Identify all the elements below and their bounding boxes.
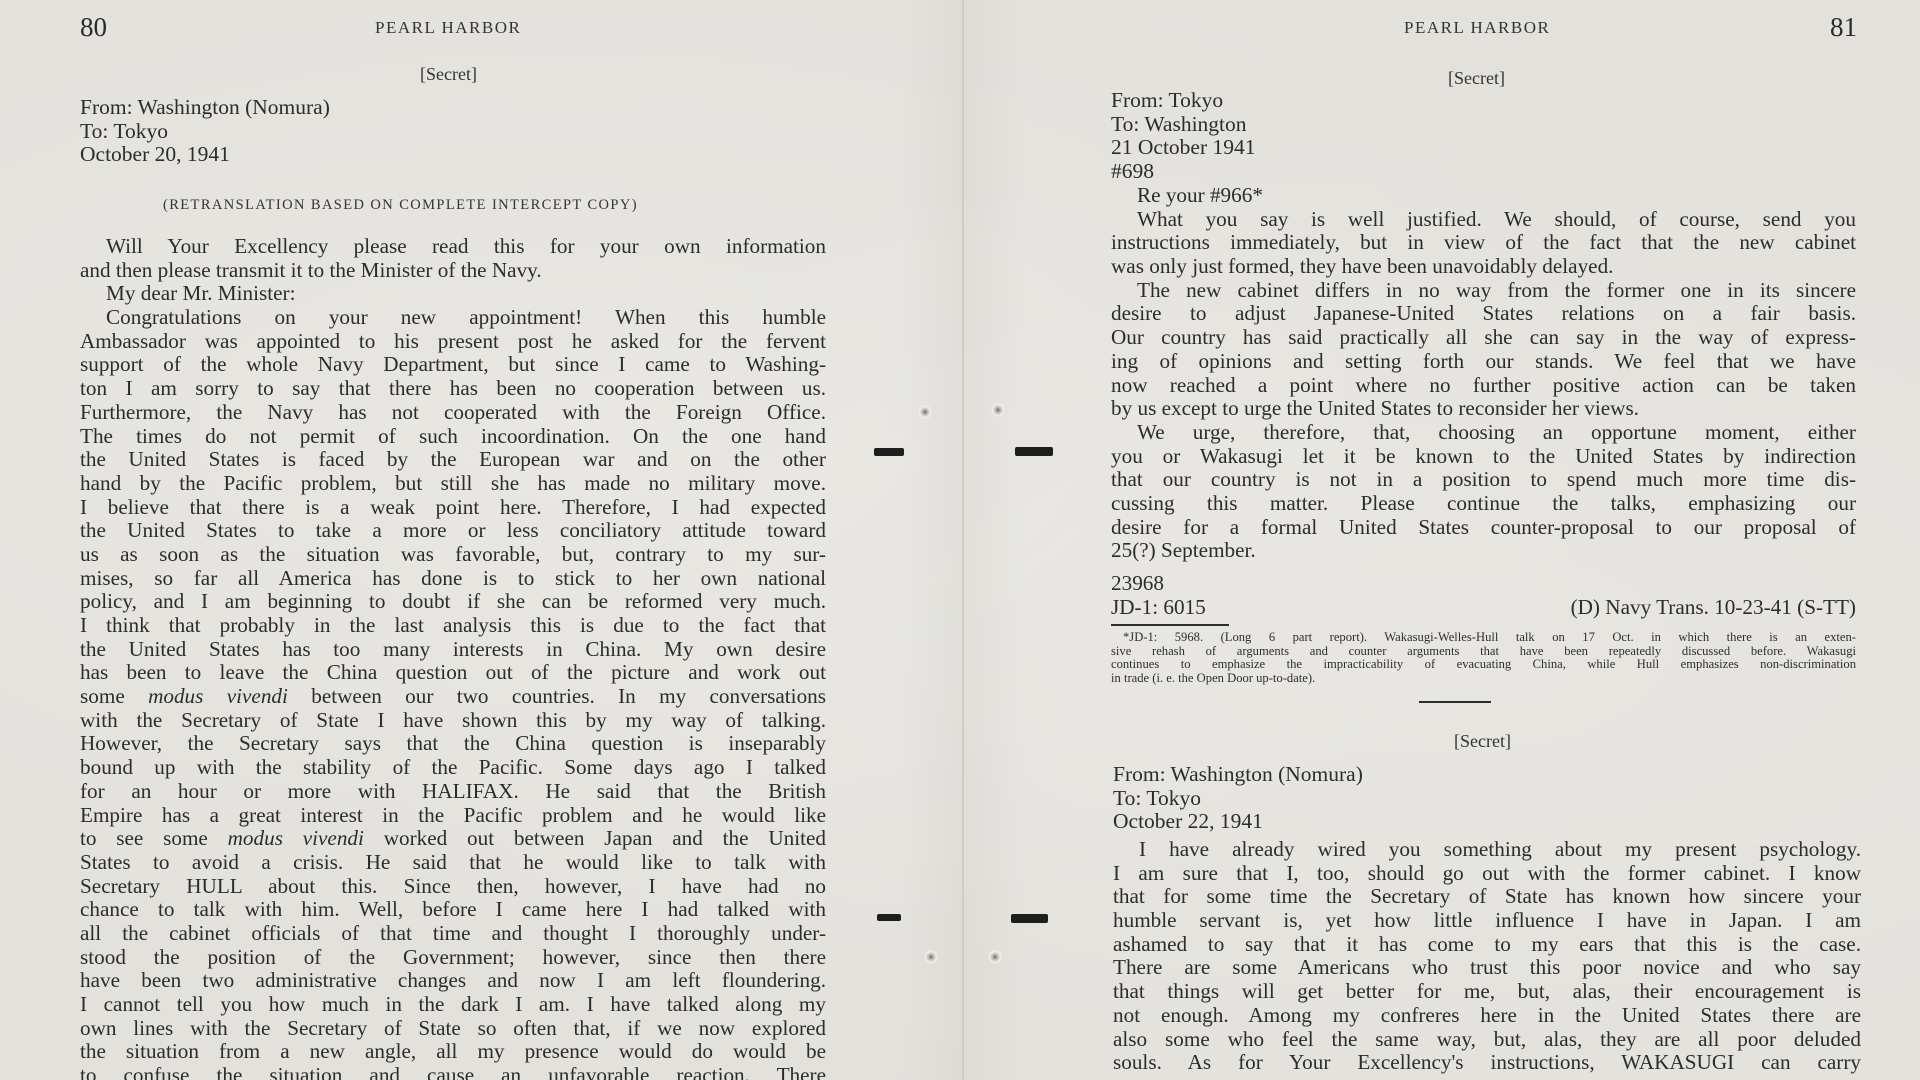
text-line: I cannot tell you how much in the dark I… — [80, 993, 826, 1017]
footnote-line: in trade (i. e. the Open Door up-to-date… — [1111, 672, 1856, 686]
text-line: States to avoid a crisis. He said that h… — [80, 851, 826, 875]
text-line: hand by the Pacific problem, but still s… — [80, 472, 826, 496]
text-line: 25(?) September. — [1111, 539, 1856, 563]
to-line: To: Tokyo — [80, 120, 580, 144]
date-line: October 20, 1941 — [80, 143, 580, 167]
classification-label: [Secret] — [1454, 731, 1511, 752]
message-body: I have already wired you something about… — [1113, 838, 1861, 1075]
footnote-line: continues to emphasize the impracticabil… — [1111, 658, 1856, 672]
text-line: The new cabinet differs in no way from t… — [1111, 279, 1856, 303]
text-line: have been two administrative changes and… — [80, 969, 826, 993]
page-number: 80 — [80, 12, 107, 43]
text-line: I have already wired you something about… — [1113, 838, 1861, 862]
text-line: support of the whole Navy Department, bu… — [80, 353, 826, 377]
text-line: and then please transmit it to the Minis… — [80, 259, 826, 283]
text-line: instructions immediately, but in view of… — [1111, 231, 1856, 255]
message-body: Re your #966*What you say is well justif… — [1111, 184, 1856, 563]
text-line: Will Your Excellency please read this fo… — [80, 235, 826, 259]
footnote-line: *JD-1: 5968. (Long 6 part report). Wakas… — [1111, 631, 1856, 645]
text-line: I believe that there is a weak point her… — [80, 496, 826, 520]
retranslation-note: (RETRANSLATION BASED ON COMPLETE INTERCE… — [163, 197, 638, 214]
text-line: ing of opinions and setting forth our st… — [1111, 350, 1856, 374]
text-line: Furthermore, the Navy has not cooperated… — [80, 401, 826, 425]
text-line: bound up with the stability of the Pacif… — [80, 756, 826, 780]
date-line: October 22, 1941 — [1113, 810, 1613, 834]
serial-number: 23968 — [1111, 572, 1164, 596]
from-line: From: Washington (Nomura) — [1113, 763, 1613, 787]
text-line: chance to talk with him. Well, before I … — [80, 898, 826, 922]
text-line: that for some time the Secretary of Stat… — [1113, 885, 1861, 909]
text-line: all the cabinet officials of that time a… — [80, 922, 826, 946]
text-line: Re your #966* — [1111, 184, 1856, 208]
text-line: Empire has a great interest in the Pacif… — [80, 804, 826, 828]
message-body: Will Your Excellency please read this fo… — [80, 235, 826, 1080]
text-line: I think that probably in the last analys… — [80, 614, 826, 638]
text-line: ashamed to say that it has come to my ea… — [1113, 933, 1861, 957]
text-line: We urge, therefore, that, choosing an op… — [1111, 421, 1856, 445]
left-page: 80 PEARL HARBOR [Secret] From: Washingto… — [0, 0, 962, 1080]
text-line: Our country has said practically all she… — [1111, 326, 1856, 350]
text-line: Secretary HULL about this. Since then, h… — [80, 875, 826, 899]
text-line: stood the position of the Government; ho… — [80, 946, 826, 970]
text-line: also some who feel the same way, but, al… — [1113, 1028, 1861, 1052]
message-header: From: Washington (Nomura) To: Tokyo Octo… — [1113, 763, 1613, 834]
text-line: that our country is not in a position to… — [1111, 468, 1856, 492]
footnote-line: sive rehash of arguments and counter arg… — [1111, 645, 1856, 659]
text-line: now reached a point where no further pos… — [1111, 374, 1856, 398]
text-line: I am sure that I, too, should go out wit… — [1113, 862, 1861, 886]
text-line: What you say is well justified. We shoul… — [1111, 208, 1856, 232]
message-number: #698 — [1111, 160, 1611, 184]
translation-reference: (D) Navy Trans. 10-23-41 (S-TT) — [1571, 596, 1856, 620]
message-header: From: Tokyo To: Washington 21 October 19… — [1111, 89, 1611, 184]
text-line: the United States is faced by the Europe… — [80, 448, 826, 472]
text-line: Ambassador was appointed to his present … — [80, 330, 826, 354]
text-line: for an hour or more with HALIFAX. He sai… — [80, 780, 826, 804]
text-line: not enough. Among my confreres here in t… — [1113, 1004, 1861, 1028]
text-line: cussing this matter. Please continue the… — [1111, 492, 1856, 516]
text-line: However, the Secretary says that the Chi… — [80, 732, 826, 756]
book-spread: 80 PEARL HARBOR [Secret] From: Washingto… — [0, 0, 1920, 1080]
text-line: to confuse the situation and cause an un… — [80, 1064, 826, 1080]
date-line: 21 October 1941 — [1111, 136, 1611, 160]
footnote: *JD-1: 5968. (Long 6 part report). Wakas… — [1111, 631, 1856, 685]
text-line: that things will get better for me, but,… — [1113, 980, 1861, 1004]
from-line: From: Washington (Nomura) — [80, 96, 580, 120]
text-line: us as soon as the situation was favorabl… — [80, 543, 826, 567]
text-line: The times do not permit of such incoordi… — [80, 425, 826, 449]
to-line: To: Washington — [1111, 113, 1611, 137]
text-line: the United States has too many interests… — [80, 638, 826, 662]
footnote-rule — [1111, 624, 1229, 626]
classification-label: [Secret] — [420, 64, 477, 85]
right-page: PEARL HARBOR 81 [Secret] From: Tokyo To:… — [964, 0, 1920, 1080]
jd-reference: JD-1: 6015 — [1111, 596, 1206, 620]
text-line: desire for a formal United States counte… — [1111, 516, 1856, 540]
running-head: PEARL HARBOR — [1404, 18, 1550, 38]
text-line: the United States to take a more or less… — [80, 519, 826, 543]
text-line: with the Secretary of State I have shown… — [80, 709, 826, 733]
text-line: mises, so far all America has done is to… — [80, 567, 826, 591]
text-line: My dear Mr. Minister: — [80, 282, 826, 306]
text-line: you or Wakasugi let it be known to the U… — [1111, 445, 1856, 469]
text-line: the situation from a new angle, all my p… — [80, 1040, 826, 1064]
text-line: There are some Americans who trust this … — [1113, 956, 1861, 980]
text-line: Congratulations on your new appointment!… — [80, 306, 826, 330]
classification-label: [Secret] — [1448, 68, 1505, 89]
page-number: 81 — [1830, 12, 1857, 43]
text-line: souls. As for Your Excellency's instruct… — [1113, 1051, 1861, 1075]
text-line: some modus vivendi between our two count… — [80, 685, 826, 709]
text-line: by us except to urge the United States t… — [1111, 397, 1856, 421]
text-line: was only just formed, they have been una… — [1111, 255, 1856, 279]
text-line: policy, and I am beginning to doubt if s… — [80, 590, 826, 614]
to-line: To: Tokyo — [1113, 787, 1613, 811]
text-line: to see some modus vivendi worked out bet… — [80, 827, 826, 851]
section-divider — [1419, 701, 1491, 703]
text-line: own lines with the Secretary of State so… — [80, 1017, 826, 1041]
text-line: humble servant is, yet how little influe… — [1113, 909, 1861, 933]
text-line: desire to adjust Japanese-United States … — [1111, 302, 1856, 326]
running-head: PEARL HARBOR — [375, 18, 521, 38]
message-header: From: Washington (Nomura) To: Tokyo Octo… — [80, 96, 580, 167]
from-line: From: Tokyo — [1111, 89, 1611, 113]
text-line: ton I am sorry to say that there has bee… — [80, 377, 826, 401]
text-line: has been to leave the China question out… — [80, 661, 826, 685]
